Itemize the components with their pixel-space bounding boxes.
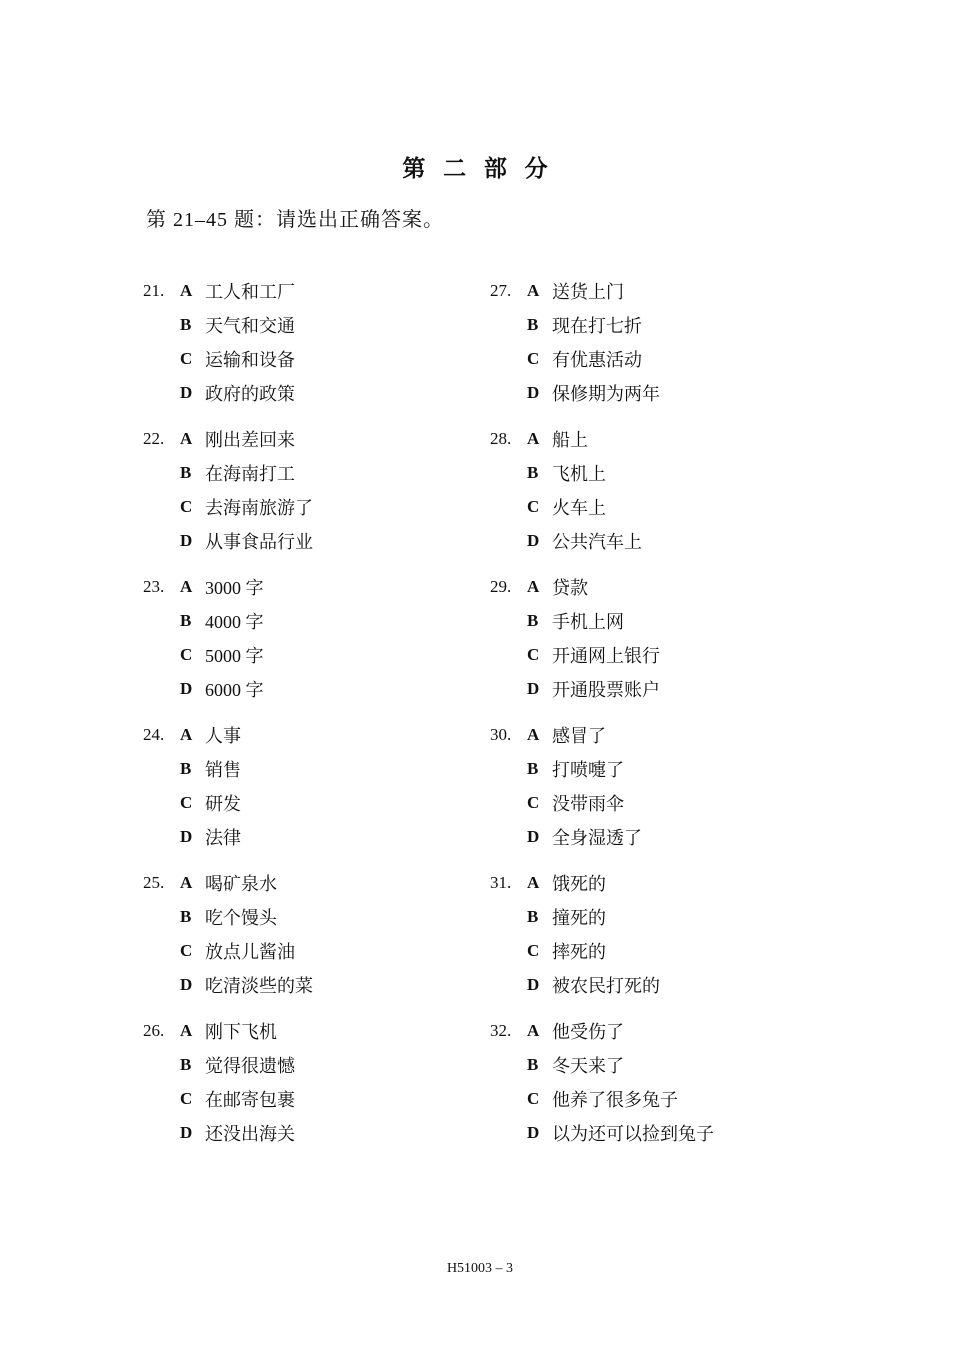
option-letter: D [527, 531, 552, 551]
answer-option: C在邮寄包裹 [143, 1082, 313, 1116]
option-text: 5000 字 [205, 642, 264, 668]
option-text: 饿死的 [552, 870, 606, 896]
option-text: 被农民打死的 [552, 972, 660, 998]
option-letter: A [527, 725, 552, 745]
answer-option: 28.A船上 [490, 422, 714, 456]
option-letter: C [527, 497, 552, 517]
option-letter: A [527, 1021, 552, 1041]
answer-option: C开通网上银行 [490, 638, 714, 672]
option-letter: C [180, 793, 205, 813]
question-number: 30. [490, 725, 527, 745]
option-letter: D [527, 383, 552, 403]
answer-option: D开通股票账户 [490, 672, 714, 706]
question-number: 25. [143, 873, 180, 893]
answer-option: B销售 [143, 752, 313, 786]
answer-option: D法律 [143, 820, 313, 854]
answer-option: 24.A人事 [143, 718, 313, 752]
answer-option: C没带雨伞 [490, 786, 714, 820]
answer-option: D从事食品行业 [143, 524, 313, 558]
question-column-right: 27.A送货上门B现在打七折C有优惠活动D保修期为两年28.A船上B飞机上C火车… [490, 274, 714, 1162]
question-26: 26.A刚下飞机B觉得很遗憾C在邮寄包裹D还没出海关 [143, 1014, 313, 1162]
option-letter: D [527, 827, 552, 847]
option-text: 还没出海关 [205, 1120, 295, 1146]
answer-option: 29.A贷款 [490, 570, 714, 604]
option-text: 送货上门 [552, 278, 624, 304]
answer-option: C去海南旅游了 [143, 490, 313, 524]
question-29: 29.A贷款B手机上网C开通网上银行D开通股票账户 [490, 570, 714, 718]
option-letter: A [527, 281, 552, 301]
option-letter: C [180, 497, 205, 517]
option-text: 从事食品行业 [205, 528, 313, 554]
option-text: 在邮寄包裹 [205, 1086, 295, 1112]
option-letter: A [180, 1021, 205, 1041]
question-number: 26. [143, 1021, 180, 1041]
option-text: 3000 字 [205, 574, 264, 600]
option-text: 天气和交通 [205, 312, 295, 338]
answer-option: B打喷嚏了 [490, 752, 714, 786]
option-text: 吃清淡些的菜 [205, 972, 313, 998]
answer-option: 25.A喝矿泉水 [143, 866, 313, 900]
answer-option: B现在打七折 [490, 308, 714, 342]
question-32: 32.A他受伤了B冬天来了C他养了很多兔子D以为还可以捡到兔子 [490, 1014, 714, 1162]
option-text: 贷款 [552, 574, 588, 600]
option-text: 他受伤了 [552, 1018, 624, 1044]
option-letter: D [180, 531, 205, 551]
question-24: 24.A人事B销售C研发D法律 [143, 718, 313, 866]
option-text: 飞机上 [552, 460, 606, 486]
option-letter: A [180, 873, 205, 893]
option-letter: B [527, 611, 552, 631]
answer-option: C他养了很多兔子 [490, 1082, 714, 1116]
option-text: 火车上 [552, 494, 606, 520]
option-text: 有优惠活动 [552, 346, 642, 372]
option-letter: D [180, 1123, 205, 1143]
option-letter: C [527, 1089, 552, 1109]
option-letter: B [180, 315, 205, 335]
option-text: 撞死的 [552, 904, 606, 930]
answer-option: C运输和设备 [143, 342, 313, 376]
option-letter: B [527, 315, 552, 335]
question-23: 23.A3000 字B4000 字C5000 字D6000 字 [143, 570, 313, 718]
question-number: 32. [490, 1021, 527, 1041]
question-25: 25.A喝矿泉水B吃个馒头C放点儿酱油D吃清淡些的菜 [143, 866, 313, 1014]
section-title: 第 二 部 分 [0, 150, 956, 183]
option-letter: A [527, 873, 552, 893]
answer-option: D保修期为两年 [490, 376, 714, 410]
option-letter: B [180, 611, 205, 631]
option-letter: C [527, 645, 552, 665]
question-31: 31.A饿死的B撞死的C摔死的D被农民打死的 [490, 866, 714, 1014]
option-text: 觉得很遗憾 [205, 1052, 295, 1078]
answer-option: B手机上网 [490, 604, 714, 638]
option-text: 去海南旅游了 [205, 494, 313, 520]
answer-option: B在海南打工 [143, 456, 313, 490]
option-text: 放点儿酱油 [205, 938, 295, 964]
option-letter: C [527, 349, 552, 369]
question-number: 31. [490, 873, 527, 893]
option-text: 运输和设备 [205, 346, 295, 372]
option-letter: B [527, 907, 552, 927]
question-27: 27.A送货上门B现在打七折C有优惠活动D保修期为两年 [490, 274, 714, 422]
answer-option: 26.A刚下飞机 [143, 1014, 313, 1048]
option-text: 工人和工厂 [205, 278, 295, 304]
question-number: 21. [143, 281, 180, 301]
option-text: 开通网上银行 [552, 642, 660, 668]
option-text: 刚出差回来 [205, 426, 295, 452]
option-letter: A [180, 725, 205, 745]
option-letter: B [527, 1055, 552, 1075]
option-letter: D [180, 975, 205, 995]
option-letter: C [527, 941, 552, 961]
option-letter: B [180, 463, 205, 483]
option-letter: B [180, 759, 205, 779]
option-letter: A [527, 577, 552, 597]
instruction-text: 第 21–45 题：请选出正确答案。 [146, 203, 444, 232]
option-letter: C [180, 941, 205, 961]
option-text: 以为还可以捡到兔子 [552, 1120, 714, 1146]
option-text: 人事 [205, 722, 241, 748]
option-text: 现在打七折 [552, 312, 642, 338]
option-letter: C [527, 793, 552, 813]
answer-option: D政府的政策 [143, 376, 313, 410]
option-text: 没带雨伞 [552, 790, 624, 816]
option-text: 研发 [205, 790, 241, 816]
answer-option: C研发 [143, 786, 313, 820]
option-letter: D [180, 383, 205, 403]
answer-option: 27.A送货上门 [490, 274, 714, 308]
answer-option: B吃个馒头 [143, 900, 313, 934]
answer-option: 22.A刚出差回来 [143, 422, 313, 456]
option-text: 保修期为两年 [552, 380, 660, 406]
option-text: 全身湿透了 [552, 824, 642, 850]
option-text: 法律 [205, 824, 241, 850]
question-number: 28. [490, 429, 527, 449]
option-text: 喝矿泉水 [205, 870, 277, 896]
answer-option: D被农民打死的 [490, 968, 714, 1002]
option-text: 感冒了 [552, 722, 606, 748]
option-text: 开通股票账户 [552, 676, 660, 702]
answer-option: B觉得很遗憾 [143, 1048, 313, 1082]
question-30: 30.A感冒了B打喷嚏了C没带雨伞D全身湿透了 [490, 718, 714, 866]
option-text: 在海南打工 [205, 460, 295, 486]
answer-option: C摔死的 [490, 934, 714, 968]
page-footer: H51003 – 3 [0, 1261, 960, 1277]
option-text: 手机上网 [552, 608, 624, 634]
option-letter: C [180, 1089, 205, 1109]
option-text: 打喷嚏了 [552, 756, 624, 782]
option-letter: D [527, 679, 552, 699]
answer-option: D全身湿透了 [490, 820, 714, 854]
option-letter: B [180, 907, 205, 927]
option-text: 公共汽车上 [552, 528, 642, 554]
answer-option: B飞机上 [490, 456, 714, 490]
option-letter: C [180, 645, 205, 665]
question-number: 29. [490, 577, 527, 597]
question-column-left: 21.A工人和工厂B天气和交通C运输和设备D政府的政策22.A刚出差回来B在海南… [143, 274, 313, 1162]
answer-option: C5000 字 [143, 638, 313, 672]
answer-option: 30.A感冒了 [490, 718, 714, 752]
answer-option: 23.A3000 字 [143, 570, 313, 604]
question-22: 22.A刚出差回来B在海南打工C去海南旅游了D从事食品行业 [143, 422, 313, 570]
answer-option: D公共汽车上 [490, 524, 714, 558]
option-text: 4000 字 [205, 608, 264, 634]
option-text: 冬天来了 [552, 1052, 624, 1078]
question-21: 21.A工人和工厂B天气和交通C运输和设备D政府的政策 [143, 274, 313, 422]
question-28: 28.A船上B飞机上C火车上D公共汽车上 [490, 422, 714, 570]
option-letter: B [180, 1055, 205, 1075]
option-letter: D [180, 827, 205, 847]
option-text: 船上 [552, 426, 588, 452]
option-text: 刚下飞机 [205, 1018, 277, 1044]
answer-option: C有优惠活动 [490, 342, 714, 376]
option-text: 吃个馒头 [205, 904, 277, 930]
answer-option: C放点儿酱油 [143, 934, 313, 968]
option-letter: A [180, 281, 205, 301]
answer-option: 32.A他受伤了 [490, 1014, 714, 1048]
option-letter: C [180, 349, 205, 369]
answer-option: 21.A工人和工厂 [143, 274, 313, 308]
answer-option: B撞死的 [490, 900, 714, 934]
option-text: 销售 [205, 756, 241, 782]
option-letter: D [527, 1123, 552, 1143]
option-text: 摔死的 [552, 938, 606, 964]
question-number: 27. [490, 281, 527, 301]
answer-option: B天气和交通 [143, 308, 313, 342]
question-number: 22. [143, 429, 180, 449]
answer-option: D还没出海关 [143, 1116, 313, 1150]
answer-option: D6000 字 [143, 672, 313, 706]
option-text: 他养了很多兔子 [552, 1086, 678, 1112]
answer-option: D以为还可以捡到兔子 [490, 1116, 714, 1150]
answer-option: 31.A饿死的 [490, 866, 714, 900]
answer-option: B冬天来了 [490, 1048, 714, 1082]
option-letter: A [180, 577, 205, 597]
option-letter: D [527, 975, 552, 995]
option-letter: B [527, 463, 552, 483]
option-letter: D [180, 679, 205, 699]
answer-option: C火车上 [490, 490, 714, 524]
answer-option: B4000 字 [143, 604, 313, 638]
option-letter: A [527, 429, 552, 449]
answer-option: D吃清淡些的菜 [143, 968, 313, 1002]
question-number: 23. [143, 577, 180, 597]
question-number: 24. [143, 725, 180, 745]
option-text: 6000 字 [205, 676, 264, 702]
option-letter: B [527, 759, 552, 779]
option-text: 政府的政策 [205, 380, 295, 406]
option-letter: A [180, 429, 205, 449]
